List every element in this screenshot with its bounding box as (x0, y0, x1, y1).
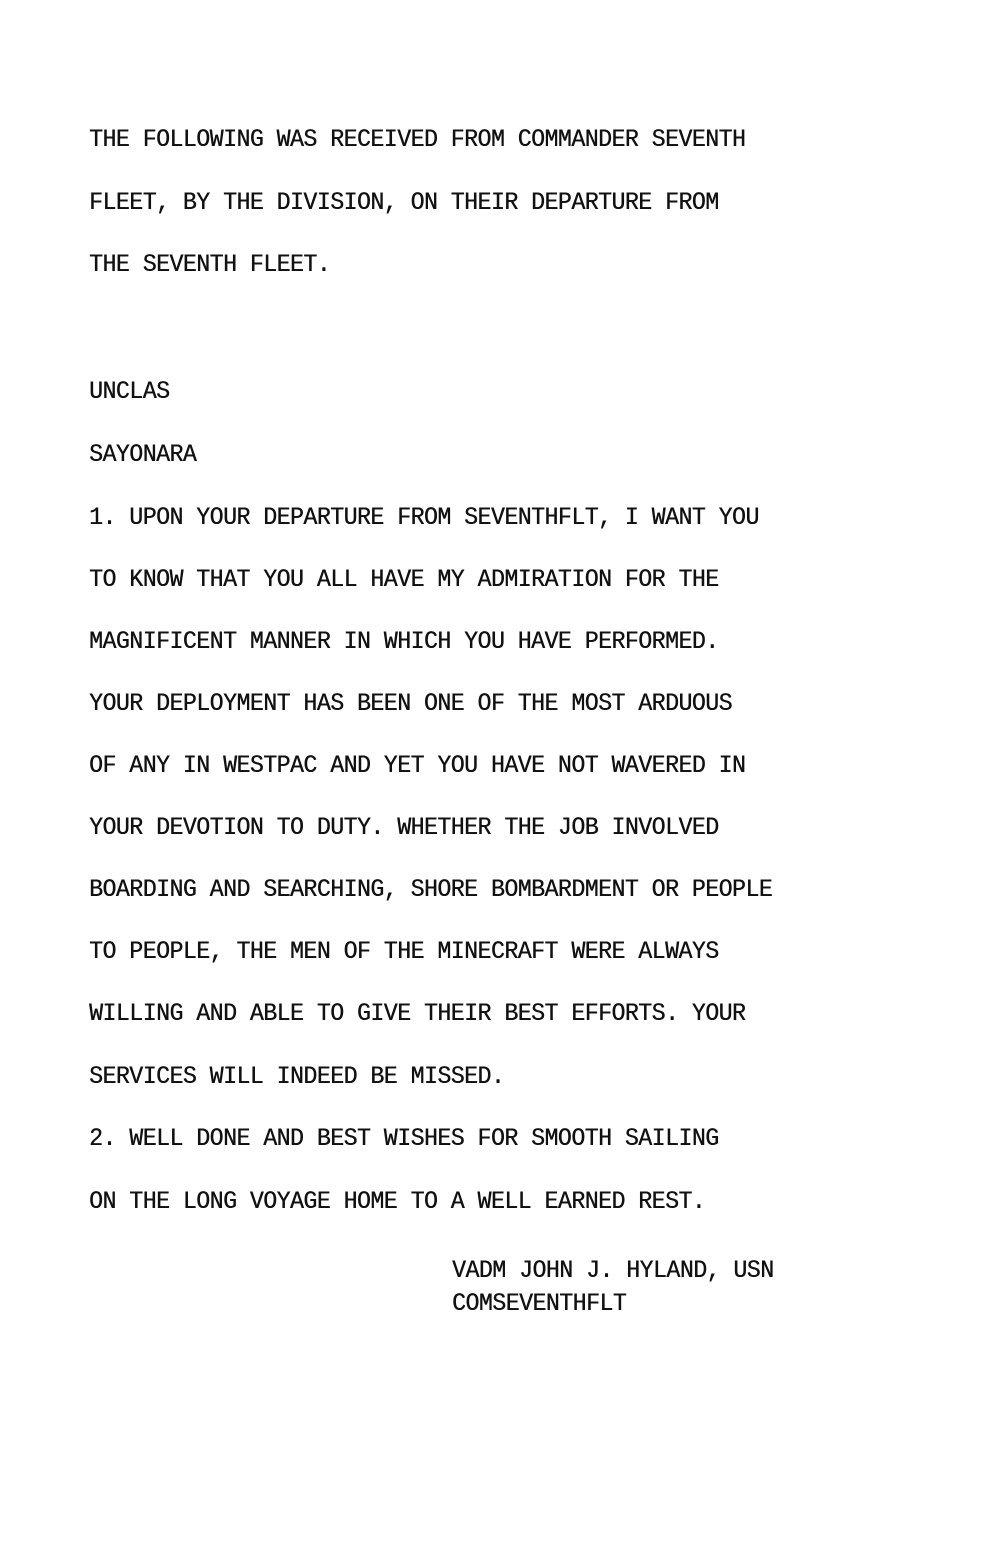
body-line: OF ANY IN WESTPAC AND YET YOU HAVE NOT W… (89, 751, 745, 781)
body-line: ON THE LONG VOYAGE HOME TO A WELL EARNED… (89, 1187, 705, 1217)
body-line: MAGNIFICENT MANNER IN WHICH YOU HAVE PER… (89, 627, 719, 657)
body-line: WILLING AND ABLE TO GIVE THEIR BEST EFFO… (89, 999, 745, 1029)
body-line: TO PEOPLE, THE MEN OF THE MINECRAFT WERE… (89, 937, 719, 967)
classification-label: UNCLAS (89, 377, 169, 407)
body-line: YOUR DEVOTION TO DUTY. WHETHER THE JOB I… (89, 813, 719, 843)
body-line: TO KNOW THAT YOU ALL HAVE MY ADMIRATION … (89, 565, 719, 595)
intro-line: THE FOLLOWING WAS RECEIVED FROM COMMANDE… (89, 125, 745, 155)
body-line: BOARDING AND SEARCHING, SHORE BOMBARDMEN… (89, 875, 772, 905)
signature-name: VADM JOHN J. HYLAND, USN (452, 1256, 773, 1286)
intro-line: THE SEVENTH FLEET. (89, 250, 330, 280)
body-line: 1. UPON YOUR DEPARTURE FROM SEVENTHFLT, … (89, 503, 759, 533)
body-line: SERVICES WILL INDEED BE MISSED. (89, 1062, 504, 1092)
body-line: YOUR DEPLOYMENT HAS BEEN ONE OF THE MOST… (89, 689, 732, 719)
body-line: 2. WELL DONE AND BEST WISHES FOR SMOOTH … (89, 1124, 719, 1154)
subject-line: SAYONARA (89, 440, 196, 470)
typewritten-page: THE FOLLOWING WAS RECEIVED FROM COMMANDE… (0, 0, 1000, 1543)
intro-line: FLEET, BY THE DIVISION, ON THEIR DEPARTU… (89, 188, 719, 218)
signature-title: COMSEVENTHFLT (452, 1289, 626, 1319)
